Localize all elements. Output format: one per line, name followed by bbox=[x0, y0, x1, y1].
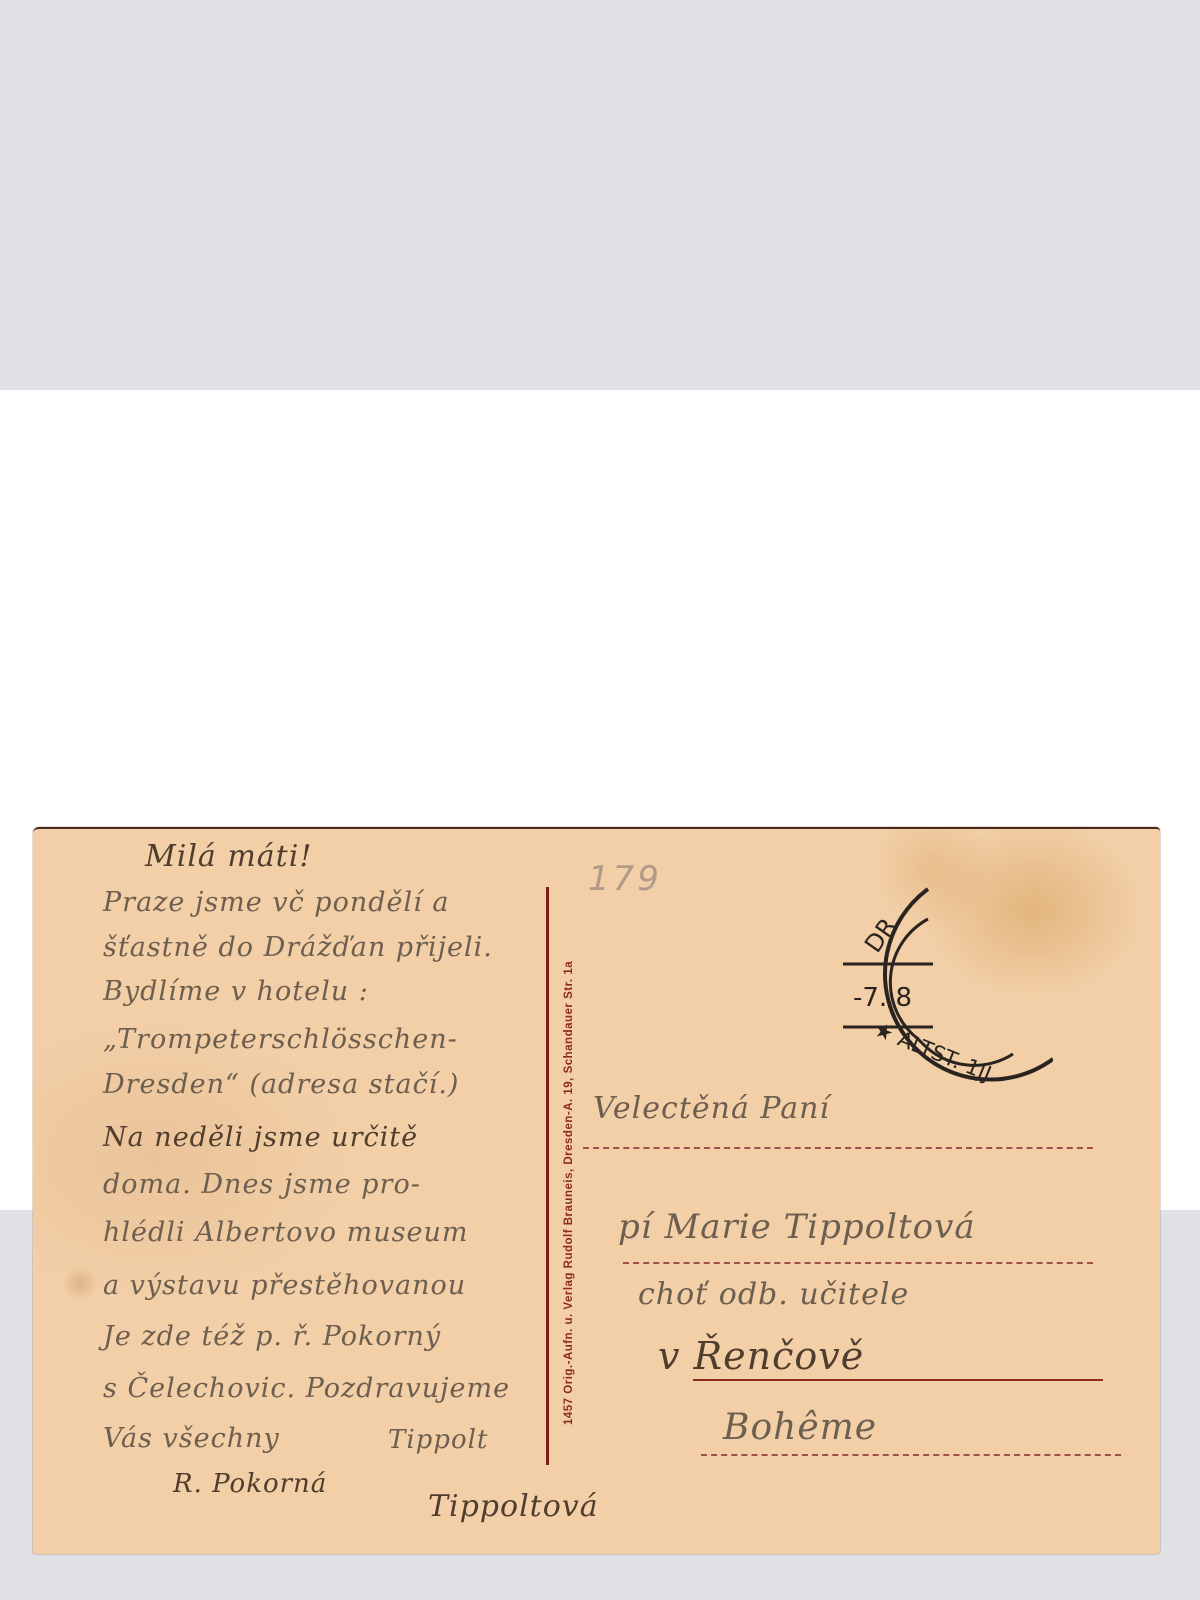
signature: Tippolt bbox=[388, 1425, 488, 1455]
address-country: Bohême bbox=[723, 1407, 877, 1448]
message-line: Dresden“ (adresa stačí.) bbox=[103, 1069, 459, 1100]
center-divider bbox=[546, 887, 549, 1465]
catalog-number: 179 bbox=[588, 859, 662, 899]
message-line: s Čelechovic. Pozdravujeme bbox=[103, 1373, 510, 1404]
address-line bbox=[623, 1262, 1093, 1264]
svg-text:-7. 8: -7. 8 bbox=[853, 983, 912, 1013]
address-line bbox=[701, 1454, 1121, 1456]
message-line: „Trompeterschlösschen- bbox=[103, 1024, 458, 1055]
message-greeting: Milá máti! bbox=[145, 839, 312, 874]
message-line: hlédli Albertovo museum bbox=[103, 1217, 468, 1248]
postmark-icon: DR -7. 8 ★ ALTST. 1JJ bbox=[823, 859, 1053, 1099]
svg-text:DR: DR bbox=[859, 913, 902, 958]
message-line: šťastně do Drážďan přijeli. bbox=[103, 932, 493, 963]
postcard: Milá máti! Praze jsme vč pondělí a šťast… bbox=[33, 827, 1160, 1554]
address-salutation: Velectěná Paní bbox=[593, 1091, 830, 1126]
message-line: Bydlíme v hotelu : bbox=[103, 976, 369, 1007]
address-line bbox=[583, 1147, 1093, 1149]
publisher-imprint: 1457 Orig.-Aufn. u. Verlag Rudolf Braune… bbox=[563, 961, 575, 1425]
message-line: Vás všechny bbox=[103, 1423, 280, 1454]
photo-backdrop: Milá máti! Praze jsme vč pondělí a šťast… bbox=[0, 390, 1200, 1210]
address-town: v Řenčově bbox=[658, 1334, 864, 1378]
address-title: choť odb. učitele bbox=[638, 1277, 909, 1312]
message-line: a výstavu přestěhovanou bbox=[103, 1270, 466, 1301]
message-line: doma. Dnes jsme pro- bbox=[103, 1169, 421, 1200]
message-line: Praze jsme vč pondělí a bbox=[103, 887, 449, 918]
signature: Tippoltová bbox=[428, 1489, 599, 1524]
address-line bbox=[693, 1379, 1103, 1381]
message-line: Na neděli jsme určitě bbox=[103, 1122, 418, 1153]
message-line: Je zde též p. ř. Pokorný bbox=[103, 1321, 441, 1352]
address-recipient: pí Marie Tippoltová bbox=[618, 1207, 976, 1247]
signature: R. Pokorná bbox=[173, 1469, 327, 1499]
